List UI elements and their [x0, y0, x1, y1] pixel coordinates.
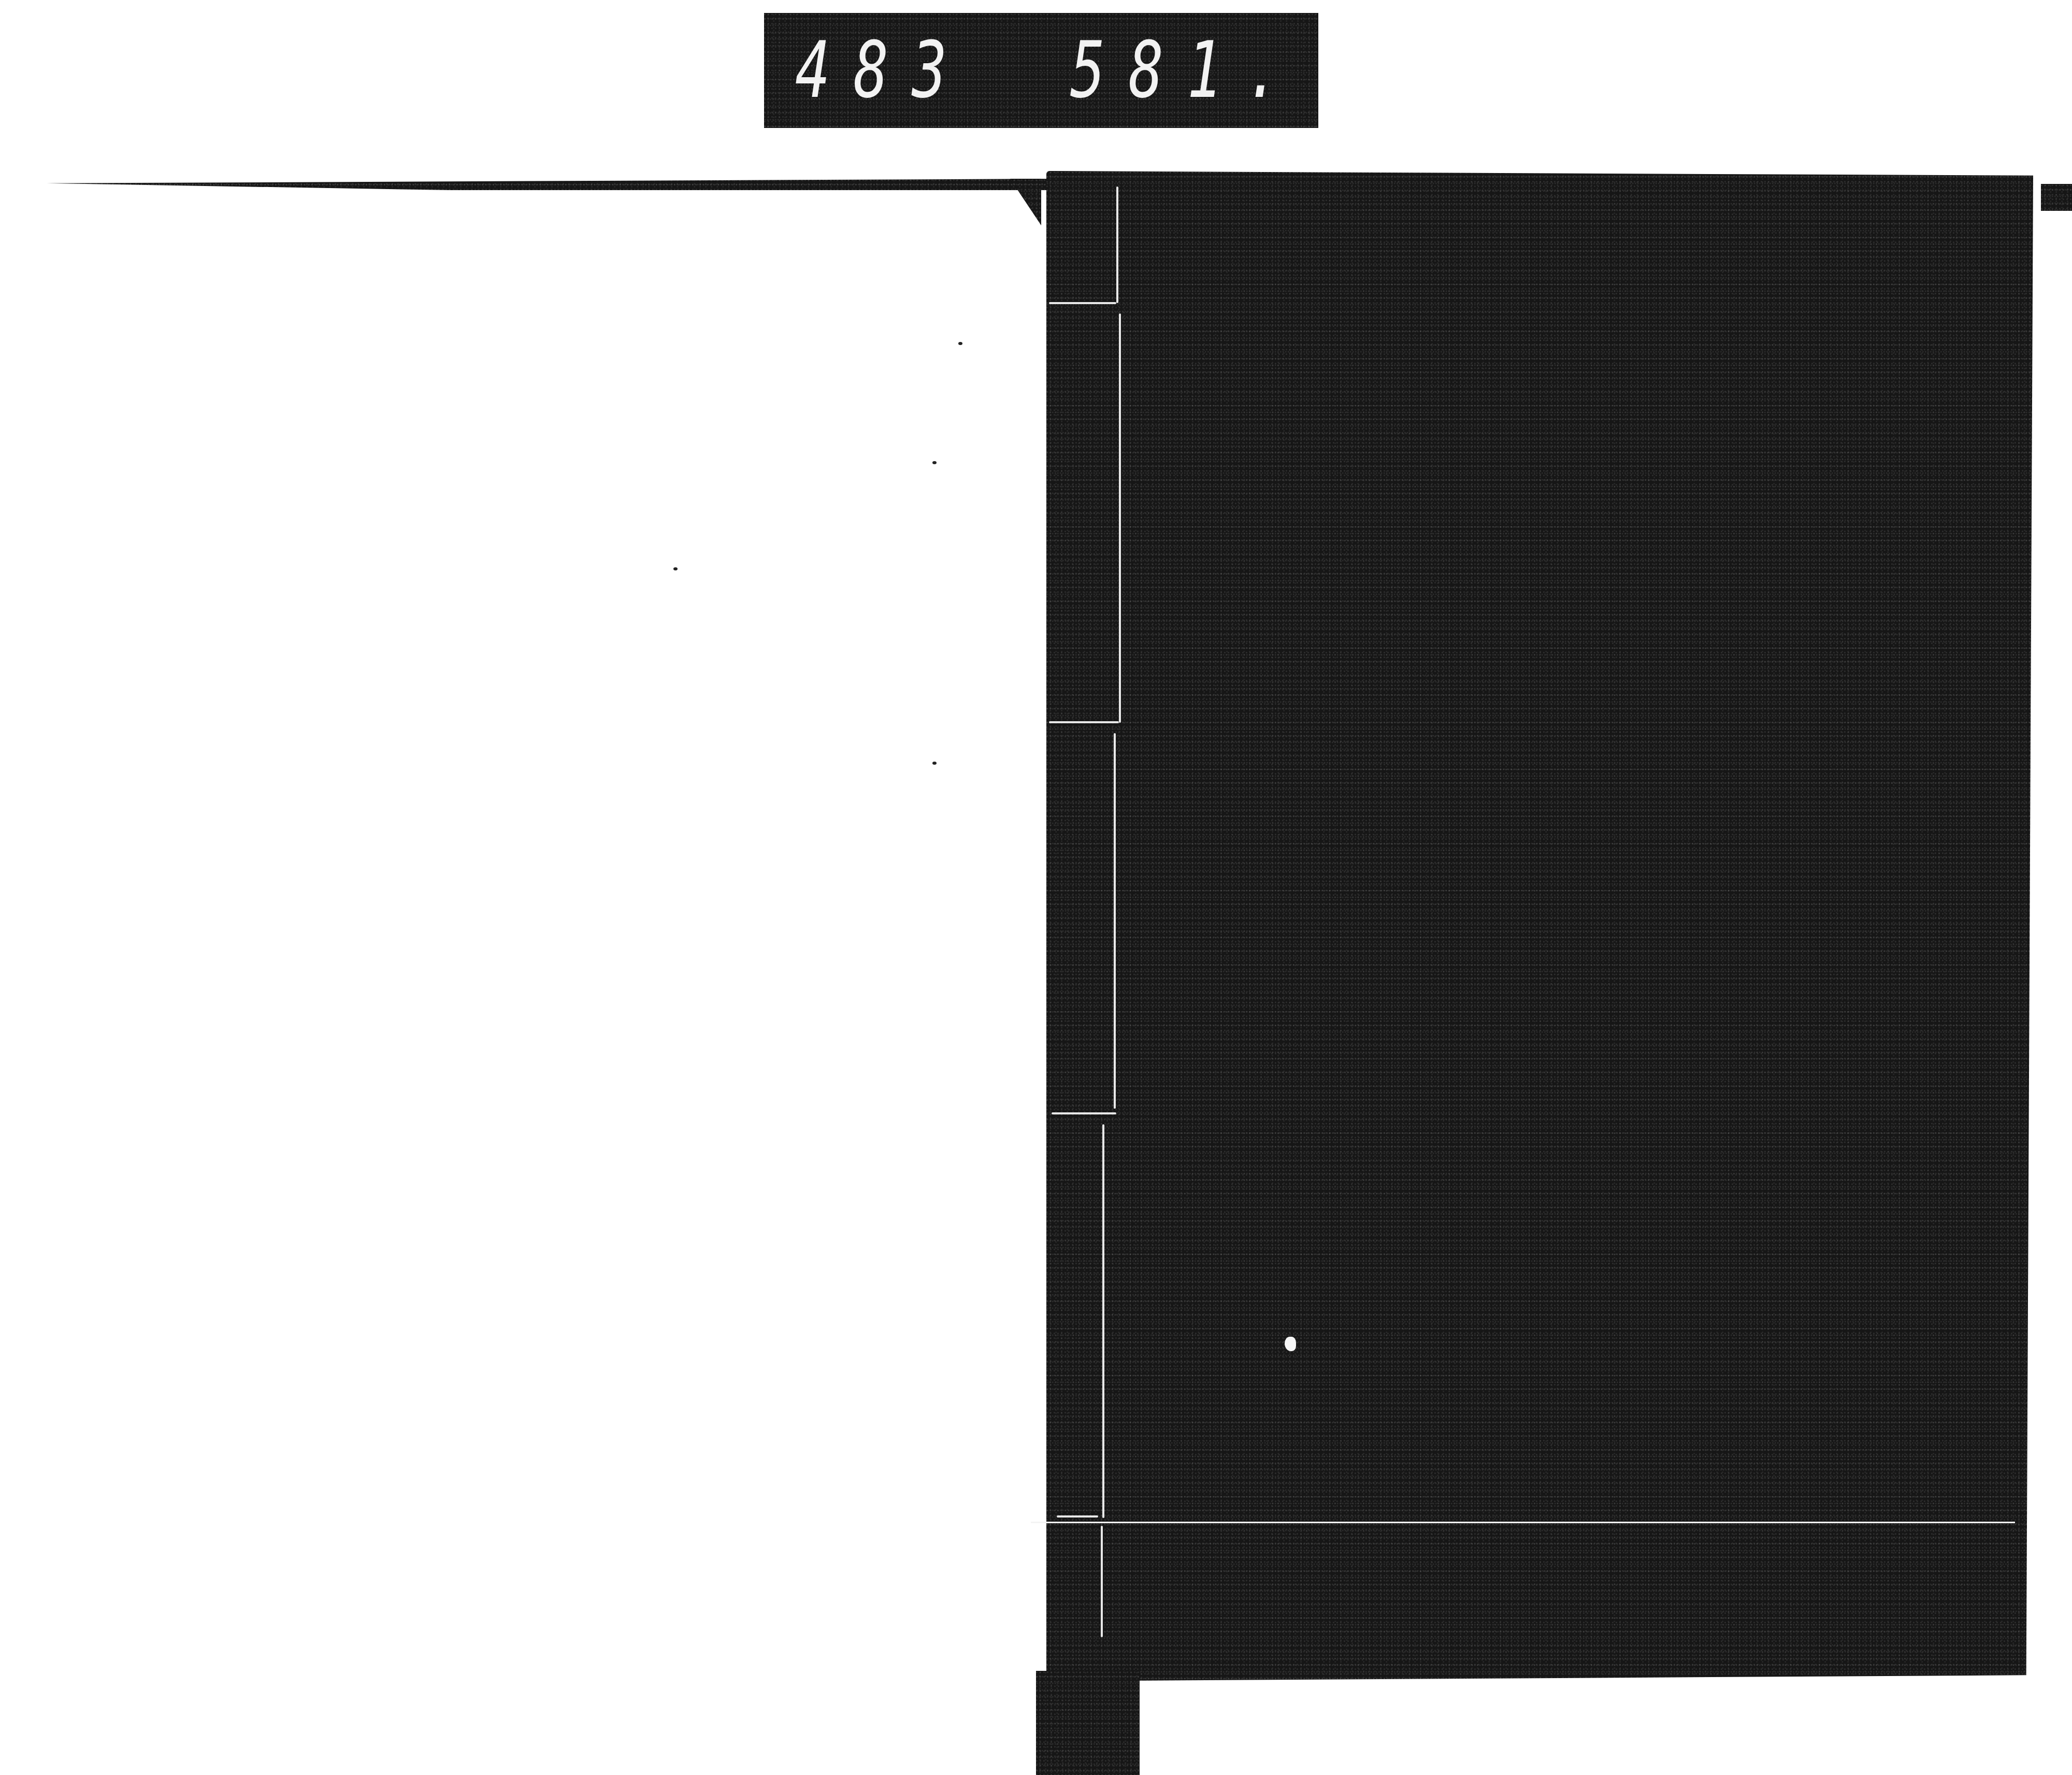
reel-number-group-2: 581. [1070, 25, 1304, 116]
dust-speck [932, 461, 937, 464]
dust-speck [958, 342, 962, 345]
book-cover [1046, 171, 2033, 1681]
reel-number-label: 483 581. [764, 13, 1318, 128]
top-shadow-strip [47, 179, 1057, 190]
stitch-horizontal-3 [1052, 1112, 1116, 1114]
stitch-vertical-3 [1114, 733, 1116, 1109]
stitch-vertical-1 [1116, 187, 1118, 303]
scan-artifact-line [1031, 1522, 2015, 1523]
white-speck [1285, 1337, 1296, 1351]
stitch-vertical-4 [1102, 1124, 1104, 1518]
spine-flare [1010, 179, 1041, 225]
stitch-horizontal-4 [1057, 1515, 1098, 1518]
stitch-vertical-5 [1101, 1526, 1103, 1637]
stitch-horizontal-2 [1049, 721, 1119, 723]
right-edge-tab [2041, 184, 2072, 211]
dust-speck [932, 762, 937, 765]
spine-bottom-extension [1036, 1671, 1140, 1775]
stitch-vertical-2 [1119, 313, 1121, 723]
dust-speck [673, 567, 678, 570]
stitch-horizontal-1 [1049, 302, 1116, 304]
reel-number-group-1: 483 [795, 25, 970, 116]
